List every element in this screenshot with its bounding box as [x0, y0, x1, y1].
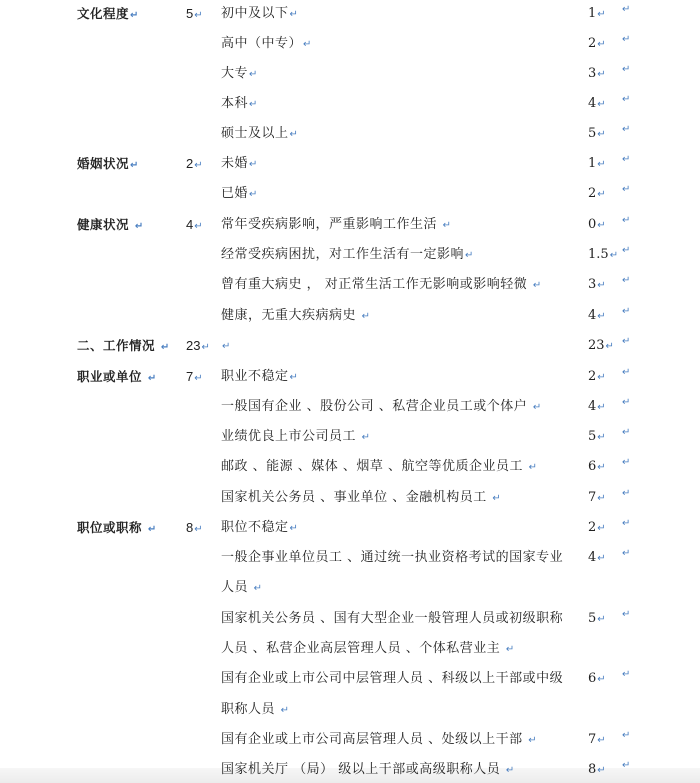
option-text: 人员 ↵ [221, 576, 263, 601]
return-mark-icon: ↵ [506, 765, 515, 776]
category-label-text: 职业或单位 [77, 369, 147, 384]
table-row: 硕士及以上↵5↵↵ [0, 122, 700, 152]
table-row: 国家机关公务员 、事业单位 、金融机构员工 ↵7↵↵ [0, 486, 700, 516]
table-row: 一般国有企业 、股份公司 、私营企业员工或个体户 ↵4↵↵ [0, 395, 700, 425]
return-mark-icon: ↵ [148, 373, 157, 384]
return-mark-icon: ↵ [529, 462, 538, 473]
option-score-text: 6 [588, 459, 596, 474]
category-label: 文化程度↵ [77, 2, 139, 28]
category-label-text: 职位或职称 [77, 520, 147, 535]
return-mark-icon: ↵ [254, 583, 263, 594]
option-score-text: 4 [588, 96, 596, 111]
category-count: 7↵ [186, 365, 203, 391]
return-mark-icon: ↵ [597, 614, 605, 625]
cell-end-mark-icon: ↵ [622, 361, 630, 385]
table-row: 健康，无重大疾病病史 ↵4↵↵ [0, 304, 700, 334]
option-score: 1↵ [588, 2, 606, 27]
return-mark-icon: ↵ [597, 462, 605, 473]
return-mark-icon: ↵ [597, 189, 605, 200]
return-mark-icon: ↵ [597, 311, 605, 322]
return-mark-icon: ↵ [290, 523, 299, 534]
cell-end-mark-icon: ↵ [622, 28, 630, 52]
table-row: 婚姻状况↵2↵未婚↵1↵↵ [0, 152, 700, 182]
return-mark-icon: ↵ [597, 432, 605, 443]
return-mark-icon: ↵ [290, 9, 299, 20]
option-score: 4↵ [588, 92, 606, 117]
option-score: 3↵ [588, 62, 606, 87]
return-mark-icon: ↵ [533, 402, 542, 413]
cell-end-mark-icon: ↵ [622, 421, 630, 445]
option-text: 未婚↵ [221, 152, 258, 177]
cell-end-mark-icon: ↵ [622, 724, 630, 748]
option-score: 1↵ [588, 152, 606, 177]
cell-end-mark-icon: ↵ [622, 663, 630, 687]
category-label: 职位或职称 ↵ [77, 516, 157, 542]
option-text-text: 邮政 、能源 、媒体 、烟草 、航空等优质企业员工 [221, 459, 528, 474]
option-score: 7↵ [588, 486, 606, 511]
option-score-text: 23 [588, 338, 605, 353]
cell-end-mark-icon: ↵ [622, 542, 630, 566]
table-row: 已婚↵2↵↵ [0, 182, 700, 212]
cell-end-mark-icon: ↵ [622, 88, 630, 112]
return-mark-icon: ↵ [597, 402, 605, 413]
option-text: 健康，无重大疾病病史 ↵ [221, 304, 371, 329]
option-text-text: 已婚 [221, 186, 248, 201]
option-score-text: 1 [588, 156, 596, 171]
cell-end-mark-icon: ↵ [622, 118, 630, 142]
option-score: 6↵ [588, 667, 606, 692]
option-text: 国家机关厅 （局） 级以上干部或高级职称人员 ↵ [221, 758, 515, 783]
category-count-text: 4 [186, 217, 193, 232]
option-text-text: 初中及以下 [221, 6, 289, 21]
option-text-text: 国家机关公务员 、国有大型企业一般管理人员或初级职称 [221, 611, 563, 626]
option-text: 一般国有企业 、股份公司 、私营企业员工或个体户 ↵ [221, 395, 542, 420]
option-text: 职业不稳定↵ [221, 365, 298, 390]
return-mark-icon: ↵ [597, 9, 605, 20]
option-score-text: 4 [588, 550, 596, 565]
option-score: 2↵ [588, 365, 606, 390]
option-score-text: 4 [588, 399, 596, 414]
return-mark-icon: ↵ [222, 341, 231, 352]
option-score: 4↵ [588, 395, 606, 420]
option-text-text: 大专 [221, 66, 248, 81]
return-mark-icon: ↵ [533, 280, 542, 291]
cell-end-mark-icon: ↵ [622, 239, 630, 263]
category-label: 健康状况 ↵ [77, 213, 144, 239]
option-score: 23↵ [588, 334, 614, 359]
return-mark-icon: ↵ [597, 765, 605, 776]
return-mark-icon: ↵ [290, 129, 299, 140]
option-text: 国家机关公务员 、事业单位 、金融机构员工 ↵ [221, 486, 501, 511]
return-mark-icon: ↵ [597, 674, 605, 685]
cell-end-mark-icon: ↵ [622, 0, 630, 22]
option-score-text: 0 [588, 217, 596, 232]
option-text-text: 未婚 [221, 156, 248, 171]
table-row: 经常受疾病困扰，对工作生活有一定影响↵1.5↵↵ [0, 243, 700, 273]
option-text: 国有企业或上市公司高层管理人员 、处级以上干部 ↵ [221, 728, 537, 753]
option-score-text: 1.5 [588, 247, 609, 262]
return-mark-icon: ↵ [303, 39, 312, 50]
option-score: 2↵ [588, 182, 606, 207]
option-text-text: 人员 、私营企业高层管理人员 、个体私营业主 [221, 641, 505, 656]
return-mark-icon: ↵ [597, 280, 605, 291]
category-count-text: 23 [186, 338, 200, 353]
option-text-text: 健康，无重大疾病病史 [221, 308, 361, 323]
table-row: 国家机关厅 （局） 级以上干部或高级职称人员 ↵8↵↵ [0, 758, 700, 783]
return-mark-icon: ↵ [597, 220, 605, 231]
option-score: 3↵ [588, 273, 606, 298]
option-score: 4↵ [588, 546, 606, 571]
option-text-text: 职位不稳定 [221, 520, 289, 535]
return-mark-icon: ↵ [597, 523, 605, 534]
category-count-text: 7 [186, 369, 193, 384]
return-mark-icon: ↵ [528, 735, 537, 746]
option-text-text: 一般企事业单位员工 、通过统一执业资格考试的国家专业 [221, 550, 563, 565]
return-mark-icon: ↵ [194, 373, 202, 384]
category-count: 8↵ [186, 516, 203, 542]
option-score-text: 3 [588, 277, 596, 292]
return-mark-icon: ↵ [492, 493, 501, 504]
return-mark-icon: ↵ [362, 432, 371, 443]
table-row: 人员 ↵ [0, 576, 700, 606]
category-label-text: 婚姻状况 [77, 156, 129, 171]
cell-end-mark-icon: ↵ [622, 209, 630, 233]
cell-end-mark-icon: ↵ [622, 269, 630, 293]
category-count-text: 8 [186, 520, 193, 535]
return-mark-icon: ↵ [194, 524, 202, 535]
return-mark-icon: ↵ [362, 311, 371, 322]
return-mark-icon: ↵ [597, 99, 605, 110]
return-mark-icon: ↵ [281, 705, 290, 716]
option-score-text: 5 [588, 126, 596, 141]
category-count-text: 5 [186, 6, 193, 21]
return-mark-icon: ↵ [506, 644, 515, 655]
category-label-text: 文化程度 [77, 6, 129, 21]
option-score-text: 7 [588, 490, 596, 505]
option-text: 职称人员 ↵ [221, 698, 290, 723]
option-text: 本科↵ [221, 92, 258, 117]
option-score: 8↵ [588, 758, 606, 783]
return-mark-icon: ↵ [610, 250, 618, 261]
cell-end-mark-icon: ↵ [622, 178, 630, 202]
option-score-text: 8 [588, 762, 596, 777]
option-text: 曾有重大病史 ， 对正常生活工作无影响或影响轻微 ↵ [221, 273, 542, 298]
category-count-text: 2 [186, 156, 193, 171]
return-mark-icon: ↵ [597, 372, 605, 383]
cell-end-mark-icon: ↵ [622, 512, 630, 536]
option-text-text: 曾有重大病史 ， 对正常生活工作无影响或影响轻微 [221, 277, 532, 292]
option-text-text: 高中（中专） [221, 36, 302, 51]
option-text-text: 国家机关厅 （局） 级以上干部或高级职称人员 [221, 762, 505, 777]
return-mark-icon: ↵ [465, 250, 474, 261]
table-row: 国有企业或上市公司高层管理人员 、处级以上干部 ↵7↵↵ [0, 728, 700, 758]
table-row: 国有企业或上市公司中层管理人员 、科级以上干部或中级6↵↵ [0, 667, 700, 697]
return-mark-icon: ↵ [249, 189, 258, 200]
return-mark-icon: ↵ [249, 159, 258, 170]
return-mark-icon: ↵ [597, 39, 605, 50]
option-text: 国有企业或上市公司中层管理人员 、科级以上干部或中级 [221, 667, 563, 691]
option-text-text: 职业不稳定 [221, 369, 289, 384]
option-text: 一般企事业单位员工 、通过统一执业资格考试的国家专业 [221, 546, 563, 570]
return-mark-icon: ↵ [161, 342, 170, 353]
option-text: 硕士及以上↵ [221, 122, 298, 147]
option-score-text: 5 [588, 611, 596, 626]
return-mark-icon: ↵ [597, 129, 605, 140]
table-row: 一般企事业单位员工 、通过统一执业资格考试的国家专业4↵↵ [0, 546, 700, 576]
option-text: 人员 、私营企业高层管理人员 、个体私营业主 ↵ [221, 637, 515, 662]
cell-end-mark-icon: ↵ [622, 148, 630, 172]
option-score: 4↵ [588, 304, 606, 329]
option-score-text: 7 [588, 732, 596, 747]
option-text-text: 人员 [221, 580, 253, 595]
cell-end-mark-icon: ↵ [622, 482, 630, 506]
return-mark-icon: ↵ [194, 160, 202, 171]
return-mark-icon: ↵ [597, 159, 605, 170]
cell-end-mark-icon: ↵ [622, 754, 630, 778]
option-text: ↵ [221, 334, 231, 359]
option-score-text: 2 [588, 186, 596, 201]
category-count: 4↵ [186, 213, 203, 239]
option-text-text: 业绩优良上市公司员工 [221, 429, 361, 444]
table-row: 本科↵4↵↵ [0, 92, 700, 122]
category-label: 职业或单位 ↵ [77, 365, 157, 391]
category-count: 23↵ [186, 334, 210, 360]
option-score-text: 3 [588, 66, 596, 81]
return-mark-icon: ↵ [201, 342, 209, 353]
return-mark-icon: ↵ [597, 493, 605, 504]
return-mark-icon: ↵ [606, 341, 614, 352]
option-score-text: 4 [588, 308, 596, 323]
option-score: 6↵ [588, 455, 606, 480]
return-mark-icon: ↵ [597, 553, 605, 564]
option-score-text: 6 [588, 671, 596, 686]
table-row: 曾有重大病史 ， 对正常生活工作无影响或影响轻微 ↵3↵↵ [0, 273, 700, 303]
option-score: 5↵ [588, 607, 606, 632]
option-text-text: 国家机关公务员 、事业单位 、金融机构员工 [221, 490, 491, 505]
cell-end-mark-icon: ↵ [622, 603, 630, 627]
option-text: 职位不稳定↵ [221, 516, 298, 541]
option-text: 初中及以下↵ [221, 2, 298, 27]
table-row: 国家机关公务员 、国有大型企业一般管理人员或初级职称5↵↵ [0, 607, 700, 637]
cell-end-mark-icon: ↵ [622, 300, 630, 324]
option-text-text: 职称人员 [221, 702, 280, 717]
return-mark-icon: ↵ [443, 220, 452, 231]
table-row: 职位或职称 ↵8↵职位不稳定↵2↵↵ [0, 516, 700, 546]
table-row: 二、工作情况 ↵23↵↵23↵↵ [0, 334, 700, 364]
option-text-text: 经常受疾病困扰，对工作生活有一定影响 [221, 247, 464, 262]
option-score-text: 2 [588, 520, 596, 535]
return-mark-icon: ↵ [597, 69, 605, 80]
option-score: 2↵ [588, 32, 606, 57]
option-text-text: 国有企业或上市公司高层管理人员 、处级以上干部 [221, 732, 527, 747]
option-text: 常年受疾病影响，严重影响工作生活 ↵ [221, 213, 452, 238]
cell-end-mark-icon: ↵ [622, 58, 630, 82]
cell-end-mark-icon: ↵ [622, 391, 630, 415]
return-mark-icon: ↵ [135, 221, 144, 232]
table-row: 职业或单位 ↵7↵职业不稳定↵2↵↵ [0, 365, 700, 395]
category-label: 婚姻状况↵ [77, 152, 139, 178]
option-text-text: 一般国有企业 、股份公司 、私营企业员工或个体户 [221, 399, 532, 414]
option-score: 5↵ [588, 425, 606, 450]
category-label: 二、工作情况 ↵ [77, 334, 170, 360]
option-score: 5↵ [588, 122, 606, 147]
table-row: 业绩优良上市公司员工 ↵5↵↵ [0, 425, 700, 455]
option-text: 经常受疾病困扰，对工作生活有一定影响↵ [221, 243, 474, 268]
option-text: 国家机关公务员 、国有大型企业一般管理人员或初级职称 [221, 607, 563, 631]
return-mark-icon: ↵ [249, 99, 258, 110]
table-row: 人员 、私营企业高层管理人员 、个体私营业主 ↵ [0, 637, 700, 667]
table-row: 邮政 、能源 、媒体 、烟草 、航空等优质企业员工 ↵6↵↵ [0, 455, 700, 485]
category-label-text: 健康状况 [77, 217, 134, 232]
return-mark-icon: ↵ [130, 160, 139, 171]
option-text: 邮政 、能源 、媒体 、烟草 、航空等优质企业员工 ↵ [221, 455, 538, 480]
option-text: 业绩优良上市公司员工 ↵ [221, 425, 371, 450]
table-row: 健康状况 ↵4↵常年受疾病影响，严重影响工作生活 ↵0↵↵ [0, 213, 700, 243]
category-count: 2↵ [186, 152, 203, 178]
return-mark-icon: ↵ [130, 10, 139, 21]
cell-end-mark-icon: ↵ [622, 451, 630, 475]
table-row: 大专↵3↵↵ [0, 62, 700, 92]
return-mark-icon: ↵ [249, 69, 258, 80]
option-text: 大专↵ [221, 62, 258, 87]
option-text-text: 国有企业或上市公司中层管理人员 、科级以上干部或中级 [221, 671, 563, 686]
option-text-text: 本科 [221, 96, 248, 111]
table-row: 文化程度↵5↵初中及以下↵1↵↵ [0, 2, 700, 32]
return-mark-icon: ↵ [290, 372, 299, 383]
option-text: 高中（中专）↵ [221, 32, 312, 57]
category-label-text: 二、工作情况 [77, 338, 160, 353]
option-score: 7↵ [588, 728, 606, 753]
option-score-text: 1 [588, 6, 596, 21]
option-text: 已婚↵ [221, 182, 258, 207]
cell-end-mark-icon: ↵ [622, 330, 630, 354]
option-text-text: 硕士及以上 [221, 126, 289, 141]
return-mark-icon: ↵ [148, 524, 157, 535]
category-count: 5↵ [186, 2, 203, 28]
option-score-text: 2 [588, 36, 596, 51]
return-mark-icon: ↵ [194, 10, 202, 21]
option-score-text: 2 [588, 369, 596, 384]
table-row: 职称人员 ↵ [0, 698, 700, 728]
return-mark-icon: ↵ [597, 735, 605, 746]
return-mark-icon: ↵ [194, 221, 202, 232]
option-score: 2↵ [588, 516, 606, 541]
option-score: 1.5↵ [588, 243, 618, 268]
option-text-text: 常年受疾病影响，严重影响工作生活 [221, 217, 442, 232]
option-score: 0↵ [588, 213, 606, 238]
option-score-text: 5 [588, 429, 596, 444]
table-row: 高中（中专）↵2↵↵ [0, 32, 700, 62]
